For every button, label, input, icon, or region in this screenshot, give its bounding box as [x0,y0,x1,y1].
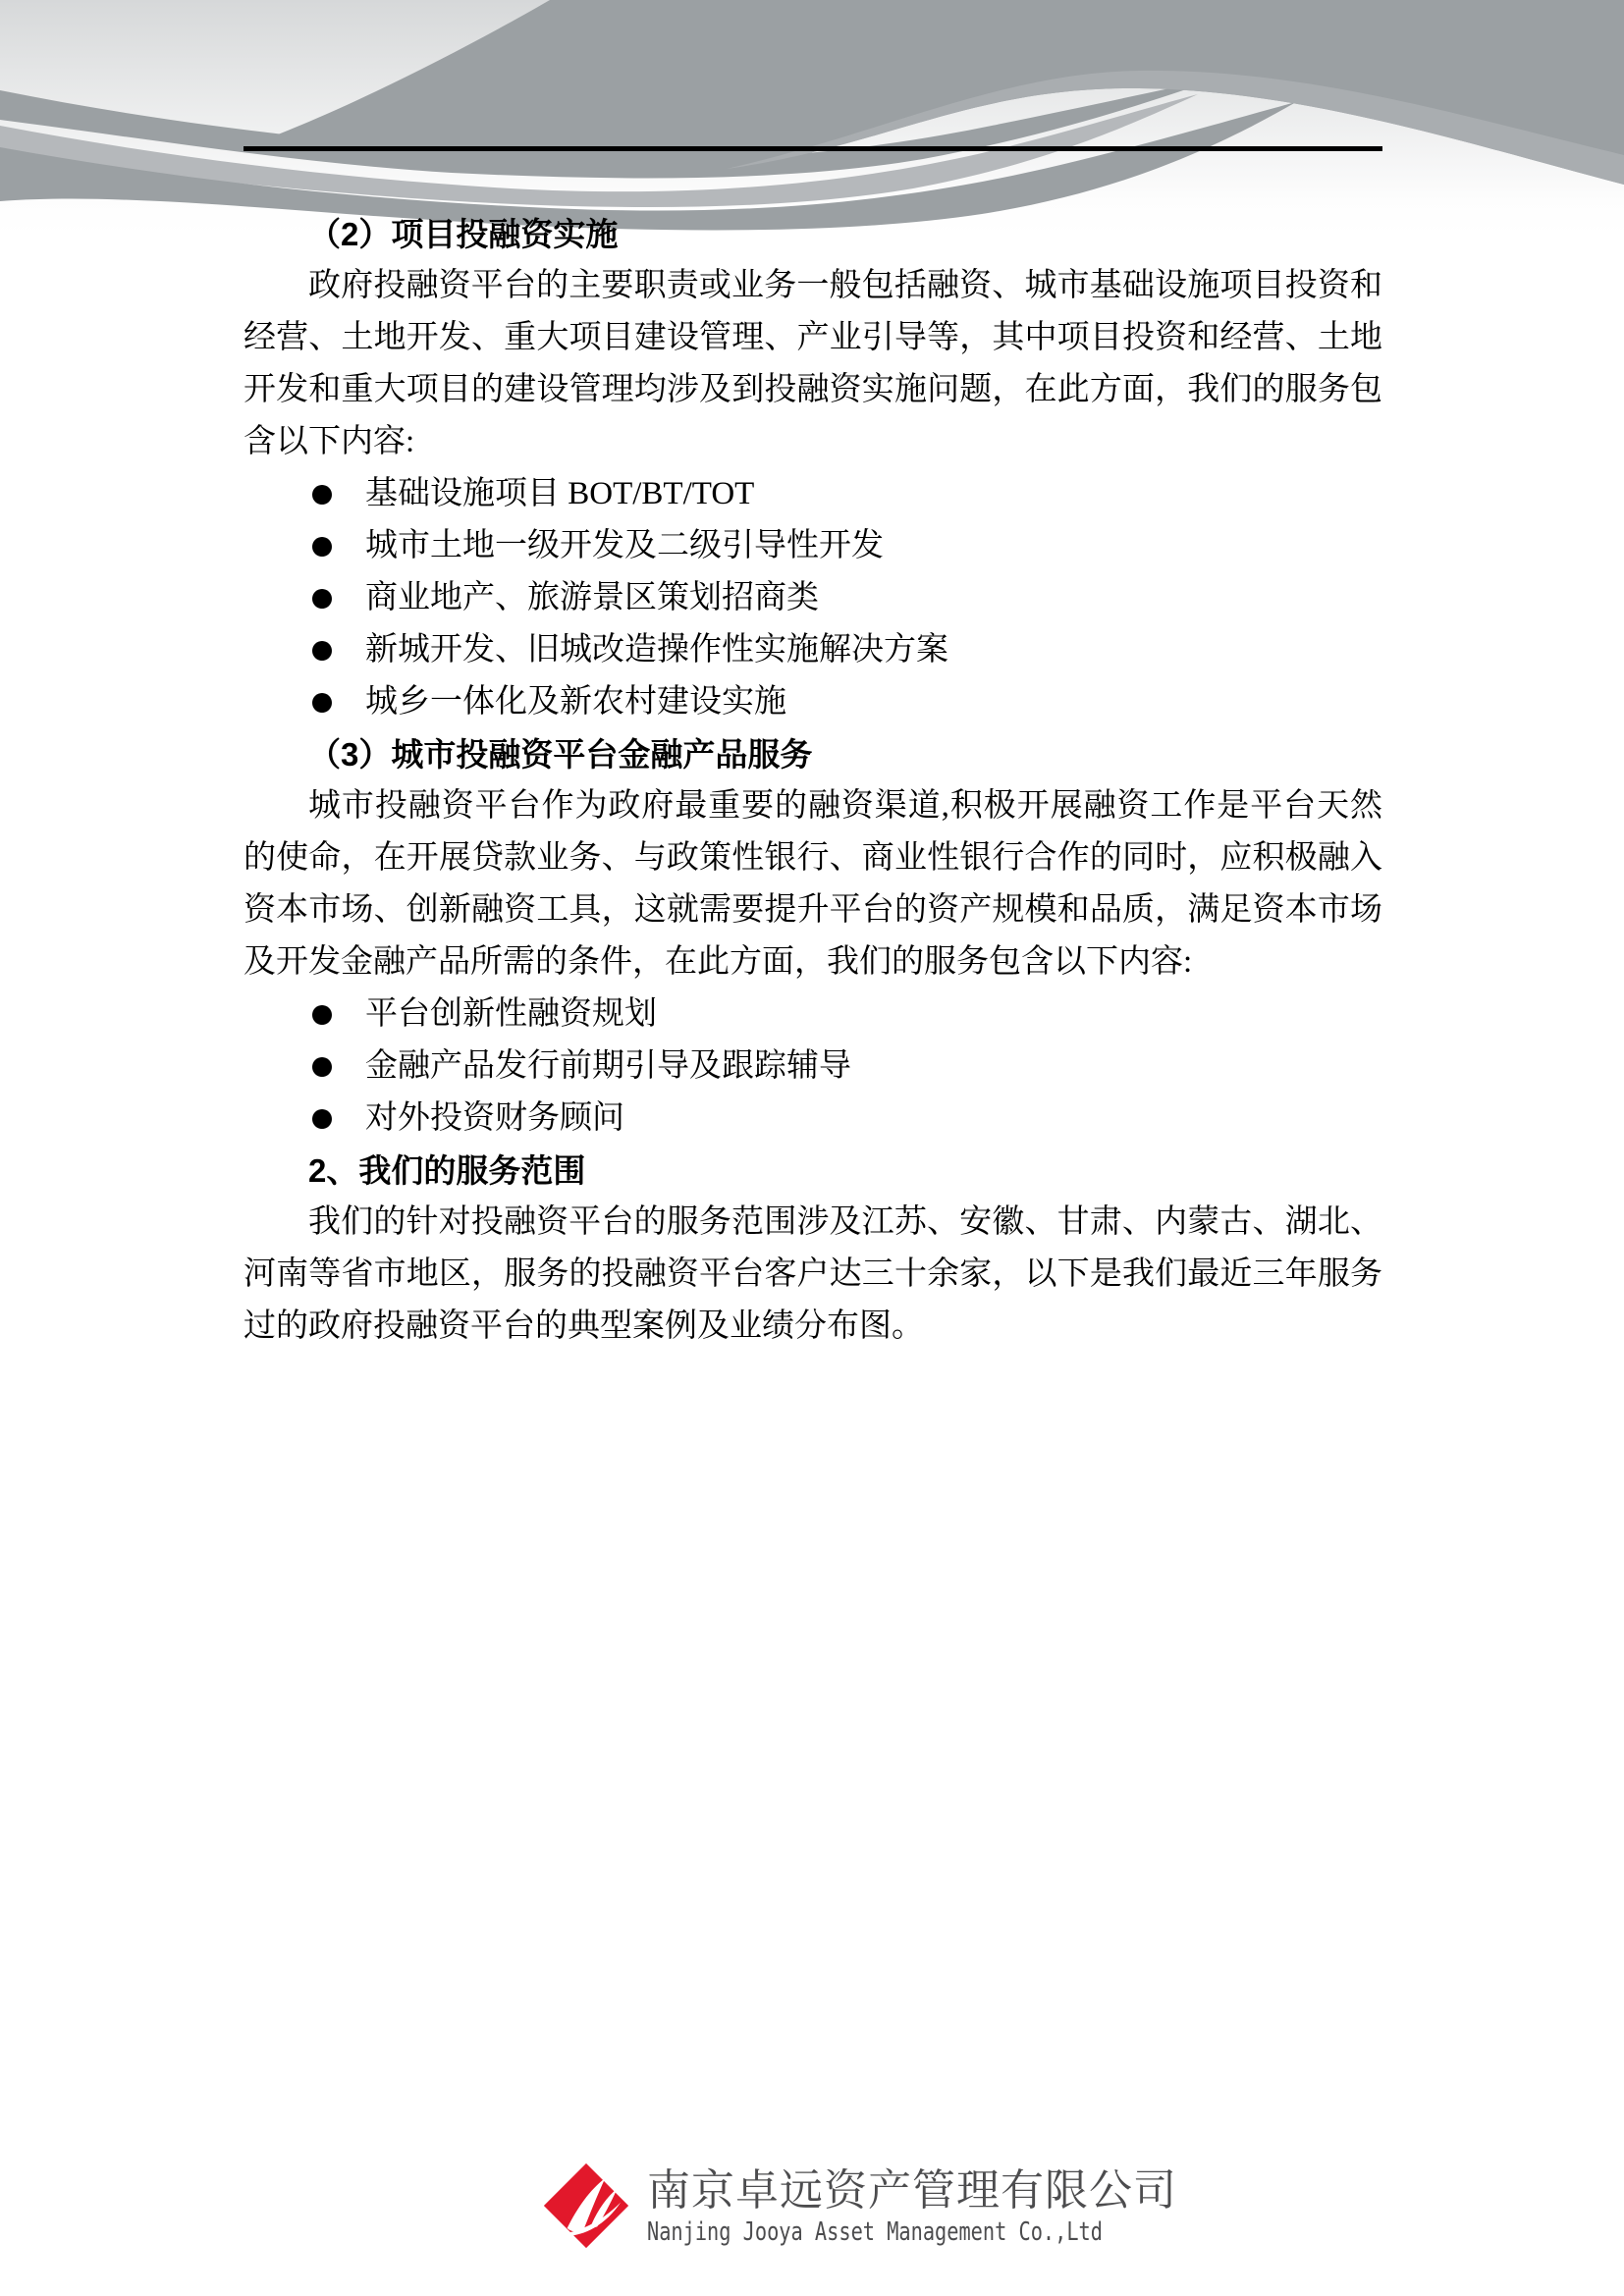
section-heading-service-scope: 2、我们的服务范围 [244,1145,1382,1197]
bullet-icon [312,693,332,713]
bullet-text: 城乡一体化及新农村建设实施 [365,676,786,728]
list-item: 城市土地一级开发及二级引导性开发 [312,520,1382,572]
bullet-text: 新城开发、旧城改造操作性实施解决方案 [365,624,948,676]
list-item: 城乡一体化及新农村建设实施 [312,676,1382,728]
list-item: 新城开发、旧城改造操作性实施解决方案 [312,624,1382,676]
bullet-icon [312,641,332,661]
company-logo-diamond-icon [543,2163,629,2249]
header-wave-graphic [0,0,1624,236]
paragraph-project-finance: 政府投融资平台的主要职责或业务一般包括融资、城市基础设施项目投资和经营、土地开发… [244,260,1382,468]
document-page: （2）项目投融资实施 政府投融资平台的主要职责或业务一般包括融资、城市基础设施项… [0,0,1624,2296]
list-item: 对外投资财务顾问 [312,1093,1382,1145]
document-content: （2）项目投融资实施 政府投融资平台的主要职责或业务一般包括融资、城市基础设施项… [244,208,1382,1353]
bullet-text: 平台创新性融资规划 [365,988,657,1041]
company-name-en: Nanjing Jooya Asset Management Co.,Ltd [647,2216,1103,2249]
section-heading-3: （3）城市投融资平台金融产品服务 [244,728,1382,780]
paragraph-service-scope: 我们的针对投融资平台的服务范围涉及江苏、安徽、甘肃、内蒙古、湖北、河南等省市地区… [244,1197,1382,1353]
bullet-text: 对外投资财务顾问 [365,1093,624,1145]
list-item: 基础设施项目 BOT/BT/TOT [312,468,1382,520]
bullet-icon [312,537,332,557]
bullet-list-services-2: 平台创新性融资规划 金融产品发行前期引导及跟踪辅导 对外投资财务顾问 [244,988,1382,1145]
paragraph-financial-products: 城市投融资平台作为政府最重要的融资渠道,积极开展融资工作是平台天然的使命，在开展… [244,780,1382,988]
bullet-icon [312,1109,332,1129]
company-name-cn: 南京卓远资产管理有限公司 [647,2166,1231,2216]
bullet-text: 城市土地一级开发及二级引导性开发 [365,520,884,572]
bullet-text: 商业地产、旅游景区策划招商类 [365,572,819,624]
list-item: 商业地产、旅游景区策划招商类 [312,572,1382,624]
bullet-text: 基础设施项目 BOT/BT/TOT [365,468,754,520]
bullet-icon [312,1057,332,1077]
bullet-list-services-1: 基础设施项目 BOT/BT/TOT 城市土地一级开发及二级引导性开发 商业地产、… [244,468,1382,728]
page-footer: 南京卓远资产管理有限公司 Nanjing Jooya Asset Managem… [543,2163,1231,2249]
bullet-icon [312,589,332,609]
list-item: 平台创新性融资规划 [312,988,1382,1041]
bullet-text: 金融产品发行前期引导及跟踪辅导 [365,1041,851,1093]
list-item: 金融产品发行前期引导及跟踪辅导 [312,1041,1382,1093]
header-rule [244,146,1382,151]
bullet-icon [312,485,332,505]
wave-swoosh-icon [0,0,1624,236]
section-heading-2: （2）项目投融资实施 [244,208,1382,260]
bullet-icon [312,1005,332,1025]
company-names: 南京卓远资产管理有限公司 Nanjing Jooya Asset Managem… [647,2163,1231,2249]
